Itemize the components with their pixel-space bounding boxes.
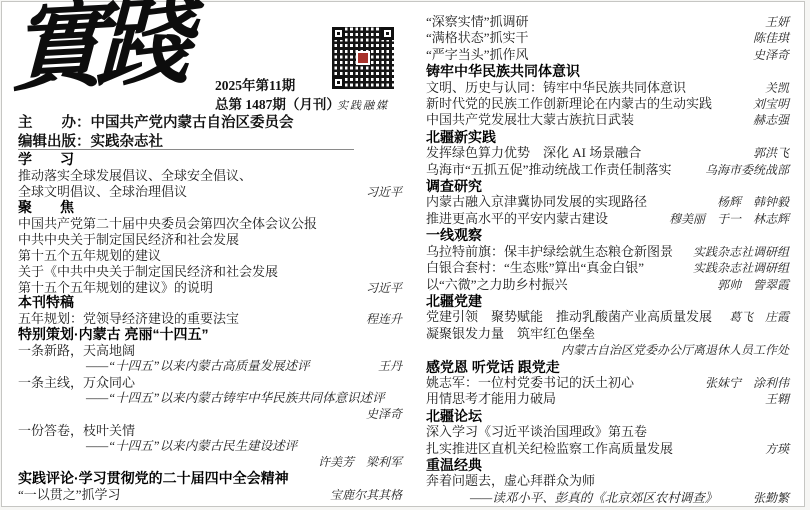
toc-entry-author: 宝鹿尔其其格 bbox=[330, 488, 410, 504]
toc-section-header: 调查研究 bbox=[426, 178, 797, 194]
toc-entry: 中国共产党第二十届中央委员会第四次全体会议公报 bbox=[18, 216, 410, 232]
toc-entry-author: 实践杂志社调研组 bbox=[693, 244, 797, 260]
toc-entry-title: 特别策划·内蒙古 亮丽“十四五” bbox=[18, 327, 209, 343]
toc-entry-title: 北疆论坛 bbox=[426, 408, 482, 424]
toc-section-header: 聚 焦 bbox=[18, 200, 410, 216]
toc-entry-title: ——“十四五”以来内蒙古高质量发展述评 bbox=[18, 359, 310, 375]
toc-entry-title: 深入学习《习近平谈治国理政》第五卷 bbox=[426, 424, 647, 440]
toc-entry-author: 习近平 bbox=[366, 185, 410, 201]
toc-entry: 凝聚银发力量 筑牢红色堡垒 bbox=[426, 326, 797, 342]
qr-finder-icon bbox=[381, 27, 394, 40]
toc-entry-author: 刘宝明 bbox=[753, 96, 797, 112]
qr-finder-icon bbox=[332, 76, 345, 89]
toc-section-header: 北疆论坛 bbox=[426, 408, 797, 424]
magazine-toc-screenshot: { "colors": { "ink": "#111111", "accent_… bbox=[0, 0, 810, 510]
toc-entry-title: ——读邓小平、彭真的《北京郊区农村调查》 bbox=[426, 490, 717, 506]
toc-entry-title: 内蒙古融入京津冀协同发展的实现路径 bbox=[426, 194, 647, 210]
toc-entry-title: 推动落实全球发展倡议、全球安全倡议、 bbox=[18, 168, 252, 184]
toc-section-header: 一线观察 bbox=[426, 227, 797, 243]
toc-section-header: 北疆党建 bbox=[426, 293, 797, 309]
qr-center-logo-icon bbox=[356, 51, 370, 65]
magazine-logo: 實踐 bbox=[9, 0, 183, 102]
toc-entry-title: 用情思考才能用力破局 bbox=[426, 391, 556, 407]
qr-caption: 实践融媒 bbox=[320, 97, 406, 113]
toc-entry-author: 史泽奇 bbox=[366, 407, 410, 423]
toc-entry: 推进更高水平的平安内蒙古建设穆美丽 于一 林志辉 bbox=[426, 211, 797, 227]
toc-entry-author: 实践杂志社调研组 bbox=[693, 260, 797, 276]
toc-entry-author: 王妍 bbox=[765, 14, 797, 30]
toc-entry-title: 奔着问题去，虚心拜群众为师 bbox=[426, 473, 595, 489]
toc-entry: 史泽奇 bbox=[18, 407, 410, 423]
toc-entry-author: 郭帅 訾翠霞 bbox=[717, 277, 797, 293]
toc-entry-author: 王翱 bbox=[765, 391, 797, 407]
toc-entry-title: “一以贯之”抓学习 bbox=[18, 487, 121, 503]
toc-entry-title: 铸牢中华民族共同体意识 bbox=[426, 63, 580, 79]
toc-entry-title: 第十五个五年规划的建议 bbox=[18, 248, 161, 264]
qr-finder-icon bbox=[332, 27, 345, 40]
header-divider bbox=[18, 149, 354, 150]
toc-entry-title: 中国共产党第二十届中央委员会第四次全体会议公报 bbox=[18, 216, 317, 232]
toc-entry-author: 许美芳 梁利军 bbox=[318, 455, 410, 471]
toc-entry-title: 聚 焦 bbox=[18, 200, 74, 216]
toc-entry-title: 以“六微”之力助乡村振兴 bbox=[426, 277, 568, 293]
toc-entry: 姚志军：一位村党委书记的沃土初心张妹宁 涂利伟 bbox=[426, 375, 797, 391]
toc-entry-title: 乌拉特前旗：保丰护绿绘就生态粮仓新图景 bbox=[426, 244, 673, 260]
toc-entry-title: 姚志军：一位村党委书记的沃土初心 bbox=[426, 375, 634, 391]
toc-entry: 发挥绿色算力优势 深化 AI 场景融合郭洪飞 bbox=[426, 145, 797, 161]
toc-entry: 五年规划：党领导经济建设的重要法宝程连升 bbox=[18, 311, 410, 327]
toc-entry: 深入学习《习近平谈治国理政》第五卷 bbox=[426, 424, 797, 440]
toc-section-header: 北疆新实践 bbox=[426, 129, 797, 145]
toc-entry-author: 程连升 bbox=[366, 312, 410, 328]
toc-entry-title: 扎实推进区直机关纪检监察工作高质量发展 bbox=[426, 441, 673, 457]
toc-section-header: 重温经典 bbox=[426, 457, 797, 473]
toc-entry: 许美芳 梁利军 bbox=[18, 455, 410, 471]
toc-entry-title: 发挥绿色算力优势 深化 AI 场景融合 bbox=[426, 145, 641, 161]
toc-entry: 乌海市“五抓五促”推动统战工作责任制落实乌海市委统战部 bbox=[426, 162, 797, 178]
toc-entry: 一份答卷，枝叶关情 bbox=[18, 423, 410, 439]
toc-entry: ——“十四五”以来内蒙古高质量发展述评王丹 bbox=[18, 359, 410, 375]
toc-entry-title: 推进更高水平的平安内蒙古建设 bbox=[426, 211, 608, 227]
toc-entry-author: 内蒙古自治区党委办公厅离退休人员工作处 bbox=[561, 342, 797, 358]
toc-entry: 白银合套村：“生态账”算出“真金白银”实践杂志社调研组 bbox=[426, 260, 797, 276]
toc-entry-author: 关凯 bbox=[765, 80, 797, 96]
toc-entry: ——“十四五”以来内蒙古铸牢中华民族共同体意识述评 bbox=[18, 391, 410, 407]
toc-entry-title: 一份答卷，枝叶关情 bbox=[18, 423, 135, 439]
toc-entry-author: 赫志强 bbox=[753, 112, 797, 128]
toc-entry: 全球文明倡议、全球治理倡议习近平 bbox=[18, 184, 410, 200]
toc-entry: 用情思考才能用力破局王翱 bbox=[426, 391, 797, 407]
toc-entry-title: ——“十四五”以来内蒙古民生建设述评 bbox=[18, 439, 297, 455]
toc-entry: 文明、历史与认同：铸牢中华民族共同体意识关凯 bbox=[426, 80, 797, 96]
toc-entry-title: 本刊特稿 bbox=[18, 295, 74, 311]
toc-entry-title: 第十五个五年规划的建议》的说明 bbox=[18, 280, 213, 296]
organizer-line: 主 办：中国共产党内蒙古自治区委员会 bbox=[18, 111, 294, 132]
toc-entry-title: 一线观察 bbox=[426, 227, 482, 243]
toc-entry-title: 感党恩 听党话 跟党走 bbox=[426, 359, 560, 375]
toc-section-header: 铸牢中华民族共同体意识 bbox=[426, 63, 797, 79]
toc-entry-author: 王丹 bbox=[378, 359, 410, 375]
toc-entry-author: 张妹宁 涂利伟 bbox=[705, 375, 797, 391]
toc-entry: ——“十四五”以来内蒙古民生建设述评 bbox=[18, 439, 410, 455]
qr-code bbox=[332, 27, 394, 89]
toc-entry-title: 北疆新实践 bbox=[426, 129, 496, 145]
toc-entry-title: 调查研究 bbox=[426, 178, 482, 194]
toc-entry-title: 一条新路，天高地阔 bbox=[18, 343, 135, 359]
toc-entry: 一条主线，万众同心 bbox=[18, 375, 410, 391]
toc-entry-title: 中共中央关于制定国民经济和社会发展 bbox=[18, 232, 239, 248]
toc-left-column: 学 习推动落实全球发展倡议、全球安全倡议、全球文明倡议、全球治理倡议习近平聚 焦… bbox=[18, 152, 410, 503]
toc-entry: 关于《中共中央关于制定国民经济和社会发展 bbox=[18, 264, 410, 280]
toc-entry: “深察实情”抓调研王妍 bbox=[426, 14, 797, 30]
toc-entry: 扎实推进区直机关纪检监察工作高质量发展方瑛 bbox=[426, 441, 797, 457]
toc-entry-author: 穆美丽 于一 林志辉 bbox=[669, 211, 797, 227]
toc-entry-title: 实践评论·学习贯彻党的二十届四中全会精神 bbox=[18, 471, 289, 487]
toc-entry: ——读邓小平、彭真的《北京郊区农村调查》张勤繁 bbox=[426, 490, 797, 506]
magazine-toc-page: 實踐 2025年第11期总第 1487期（月刊） 实践融媒 主 办：中国共产党内… bbox=[1, 1, 805, 507]
toc-entry: 内蒙古融入京津冀协同发展的实现路径杨辉 韩钟毅 bbox=[426, 194, 797, 210]
toc-entry-author: 方瑛 bbox=[765, 441, 797, 457]
toc-entry-title: 凝聚银发力量 筑牢红色堡垒 bbox=[426, 326, 595, 342]
toc-entry: 第十五个五年规划的建议》的说明习近平 bbox=[18, 280, 410, 296]
toc-entry: 内蒙古自治区党委办公厅离退休人员工作处 bbox=[426, 342, 797, 358]
toc-entry: 第十五个五年规划的建议 bbox=[18, 248, 410, 264]
toc-entry-title: 白银合套村：“生态账”算出“真金白银” bbox=[426, 260, 644, 276]
toc-entry: 中共中央关于制定国民经济和社会发展 bbox=[18, 232, 410, 248]
toc-entry-author: 杨辉 韩钟毅 bbox=[717, 194, 797, 210]
toc-entry: 以“六微”之力助乡村振兴郭帅 訾翠霞 bbox=[426, 277, 797, 293]
toc-entry: 一条新路，天高地阔 bbox=[18, 343, 410, 359]
toc-entry-title: 中国共产党发展壮大蒙古族抗日武装 bbox=[426, 112, 634, 128]
toc-section-header: 实践评论·学习贯彻党的二十届四中全会精神 bbox=[18, 471, 410, 487]
toc-entry-title: 关于《中共中央关于制定国民经济和社会发展 bbox=[18, 264, 278, 280]
toc-section-header: 特别策划·内蒙古 亮丽“十四五” bbox=[18, 327, 410, 343]
toc-entry-title: 学 习 bbox=[18, 152, 74, 168]
toc-entry-author: 郭洪飞 bbox=[753, 145, 797, 161]
toc-right-column: “深察实情”抓调研王妍“满格状态”抓实干陈佳琪“严字当头”抓作风史泽奇铸牢中华民… bbox=[426, 14, 797, 506]
toc-entry: 中国共产党发展壮大蒙古族抗日武装赫志强 bbox=[426, 112, 797, 128]
toc-section-header: 感党恩 听党话 跟党走 bbox=[426, 359, 797, 375]
toc-entry-author: 陈佳琪 bbox=[753, 30, 797, 46]
toc-entry-title: “严字当头”抓作风 bbox=[426, 47, 529, 63]
toc-entry-title: ——“十四五”以来内蒙古铸牢中华民族共同体意识述评 bbox=[18, 391, 385, 407]
toc-entry: “一以贯之”抓学习宝鹿尔其其格 bbox=[18, 487, 410, 503]
toc-entry-title: 重温经典 bbox=[426, 457, 482, 473]
toc-entry-title: 党建引领 聚势赋能 推动乳酸菌产业高质量发展 bbox=[426, 309, 712, 325]
toc-entry-title: 新时代党的民族工作创新理论在内蒙古的生动实践 bbox=[426, 96, 712, 112]
toc-entry: 乌拉特前旗：保丰护绿绘就生态粮仓新图景实践杂志社调研组 bbox=[426, 244, 797, 260]
publisher-line: 编辑出版：实践杂志社 bbox=[18, 130, 163, 151]
toc-entry-title: “满格状态”抓实干 bbox=[426, 30, 529, 46]
toc-entry-title: 北疆党建 bbox=[426, 293, 482, 309]
issue-number: 2025年第11期 bbox=[215, 78, 295, 93]
toc-entry-author: 乌海市委统战部 bbox=[705, 162, 797, 178]
toc-entry: “严字当头”抓作风史泽奇 bbox=[426, 47, 797, 63]
toc-section-header: 本刊特稿 bbox=[18, 295, 410, 311]
toc-entry: 新时代党的民族工作创新理论在内蒙古的生动实践刘宝明 bbox=[426, 96, 797, 112]
toc-entry-author: 史泽奇 bbox=[753, 47, 797, 63]
toc-entry-title: 乌海市“五抓五促”推动统战工作责任制落实 bbox=[426, 162, 672, 178]
toc-entry: 奔着问题去，虚心拜群众为师 bbox=[426, 473, 797, 489]
toc-entry: 推动落实全球发展倡议、全球安全倡议、 bbox=[18, 168, 410, 184]
toc-entry-title: 一条主线，万众同心 bbox=[18, 375, 135, 391]
toc-section-header: 学 习 bbox=[18, 152, 410, 168]
toc-entry: 党建引领 聚势赋能 推动乳酸菌产业高质量发展葛飞 庄霞 bbox=[426, 309, 797, 325]
toc-entry-title: 五年规划：党领导经济建设的重要法宝 bbox=[18, 311, 239, 327]
toc-entry-author: 张勤繁 bbox=[753, 490, 797, 506]
toc-entry-title: “深察实情”抓调研 bbox=[426, 14, 529, 30]
toc-entry-author: 习近平 bbox=[366, 281, 410, 297]
toc-entry: “满格状态”抓实干陈佳琪 bbox=[426, 30, 797, 46]
toc-entry-author: 葛飞 庄霞 bbox=[729, 309, 797, 325]
toc-entry-title: 全球文明倡议、全球治理倡议 bbox=[18, 184, 187, 200]
toc-entry-title: 文明、历史与认同：铸牢中华民族共同体意识 bbox=[426, 80, 686, 96]
